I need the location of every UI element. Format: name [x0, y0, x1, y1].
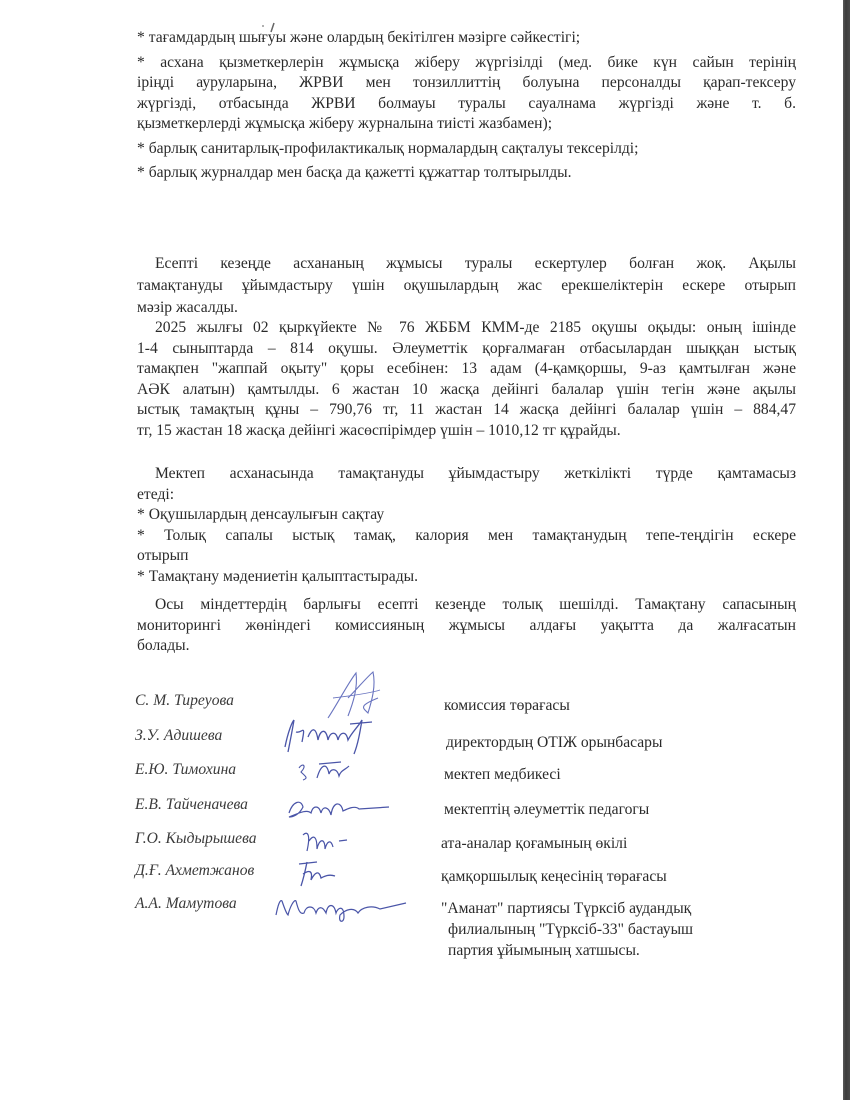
- bullet-item: * тағамдардың шығуы және олардың бекітіл…: [137, 28, 796, 49]
- paragraph-line: тг, 15 жастан 18 жасқа дейінгі жасөспірі…: [137, 421, 796, 442]
- paragraph-line: тамақтануды ұйымдастыру үшін оқушылардың…: [137, 275, 796, 297]
- signatory-name: Г.О. Кыдырышева: [135, 830, 257, 848]
- paragraph-line: тамақпен "жаппай оқыту" қоры есебінен: 1…: [137, 359, 796, 380]
- bullet-item: * барлық санитарлық-профилактикалық норм…: [137, 139, 796, 160]
- signatory-role-line: "Аманат" партиясы Түрксіб аудандық: [441, 899, 691, 920]
- signatory-name: З.У. Адишева: [135, 727, 222, 745]
- bullet-item-line: * асхана қызметкерлерін жұмысқа жіберу ж…: [137, 53, 796, 74]
- signatory-role: мектеп медбикесі: [444, 765, 561, 786]
- handwritten-signature-mamutova: [272, 893, 412, 923]
- signatory-role-line: филиалының "Түрксіб-33" бастауыш: [448, 920, 693, 941]
- top-bullet-list: * тағамдардың шығуы және олардың бекітіл…: [137, 28, 796, 184]
- handwritten-signature-akhmetzhanov: [295, 858, 345, 888]
- goal-item-continuation: отырып: [137, 546, 796, 567]
- paragraph-line: Осы міндеттердің барлығы есепті кезеңде …: [137, 595, 796, 616]
- paragraph-line: 2025 жылғы 02 қыркүйекте № 76 ЖББМ КММ-д…: [137, 318, 796, 339]
- signature-row: Г.О. Кыдырышева ата-аналар қоғамының өкі…: [0, 830, 850, 854]
- notes-paragraph: Есепті кезеңде асхананың жұмысы туралы е…: [137, 253, 796, 319]
- handwritten-signature-taichenacheva: [285, 795, 395, 825]
- paragraph-line: АӘК алатын) қамтылды. 6 жастан 10 жасқа …: [137, 380, 796, 401]
- signatory-role: қамқоршылық кеңесінің төрағасы: [441, 867, 667, 888]
- signatory-role: комиссия төрағасы: [444, 696, 570, 717]
- signatory-name: С. М. Тиреуова: [135, 692, 234, 710]
- signature-row: С. М. Тиреуова комиссия төрағасы: [0, 692, 850, 716]
- handwritten-signature-timokhina: [295, 758, 355, 788]
- signature-row: Д.Ғ. Ахметжанов қамқоршылық кеңесінің тө…: [0, 862, 850, 886]
- conclusion-paragraph: Осы міндеттердің барлығы есепті кезеңде …: [137, 595, 796, 657]
- handwritten-signature-adisheva: [280, 712, 380, 757]
- signature-row: З.У. Адишева директордың ОТІЖ орынбасары: [0, 727, 850, 751]
- signature-row: Е.Ю. Тимохина мектеп медбикесі: [0, 761, 850, 785]
- signature-row: А.А. Мамутова "Аманат" партиясы Түрксіб …: [0, 895, 850, 965]
- signatory-role: мектептің әлеуметтік педагогы: [444, 800, 649, 821]
- scanner-edge-shadow: [843, 0, 850, 1100]
- paragraph-line: Мектеп асханасында тамақтануды ұйымдасты…: [137, 464, 796, 485]
- paragraph-line: 1-4 сыныптарда – 814 оқушы. Әлеуметтік қ…: [137, 339, 796, 360]
- goal-item: * Толық сапалы ыстық тамақ, калория мен …: [137, 526, 796, 547]
- paragraph-line: етеді:: [137, 485, 796, 506]
- bullet-item: * барлық журналдар мен басқа да қажетті …: [137, 163, 796, 184]
- paragraph-line: болады.: [137, 636, 796, 657]
- signatory-name: Е.В. Тайченачева: [135, 796, 248, 814]
- signatory-name: Е.Ю. Тимохина: [135, 761, 236, 779]
- signatory-name: А.А. Мамутова: [135, 895, 237, 913]
- paragraph-line: ыстық тамақтың құны – 790,76 тг, 11 жаст…: [137, 400, 796, 421]
- signatory-role: директордың ОТІЖ орынбасары: [446, 733, 662, 754]
- goals-paragraph: Мектеп асханасында тамақтануды ұйымдасты…: [137, 464, 796, 587]
- signature-row: Е.В. Тайченачева мектептің әлеуметтік пе…: [0, 796, 850, 820]
- signatory-role-line: партия ұйымының хатшысы.: [448, 941, 640, 962]
- handwritten-signature-kydyrysheva: [297, 827, 352, 855]
- bullet-item-line: іріңді ауруларына, ЖРВИ мен тонзиллиттің…: [137, 73, 796, 94]
- bullet-item-line: қызметкерлерді жұмысқа жіберу журналына …: [137, 114, 796, 135]
- goal-item: * Оқушылардың денсаулығын сақтау: [137, 505, 796, 526]
- signatory-role: ата-аналар қоғамының өкілі: [441, 834, 627, 855]
- goal-item: * Тамақтану мәдениетін қалыптастырады.: [137, 567, 796, 588]
- statistics-paragraph: 2025 жылғы 02 қыркүйекте № 76 ЖББМ КММ-д…: [137, 318, 796, 441]
- paragraph-line: Есепті кезеңде асхананың жұмысы туралы е…: [137, 253, 796, 275]
- signatory-name: Д.Ғ. Ахметжанов: [135, 862, 254, 880]
- paragraph-line: мониторингі жөніндегі комиссияның жұмысы…: [137, 616, 796, 637]
- bullet-item-line: жүргізді, отбасында ЖРВИ болмауы туралы …: [137, 94, 796, 115]
- scanned-document-page: * тағамдардың шығуы және олардың бекітіл…: [0, 0, 850, 1100]
- paragraph-line: мәзір жасалды.: [137, 297, 796, 319]
